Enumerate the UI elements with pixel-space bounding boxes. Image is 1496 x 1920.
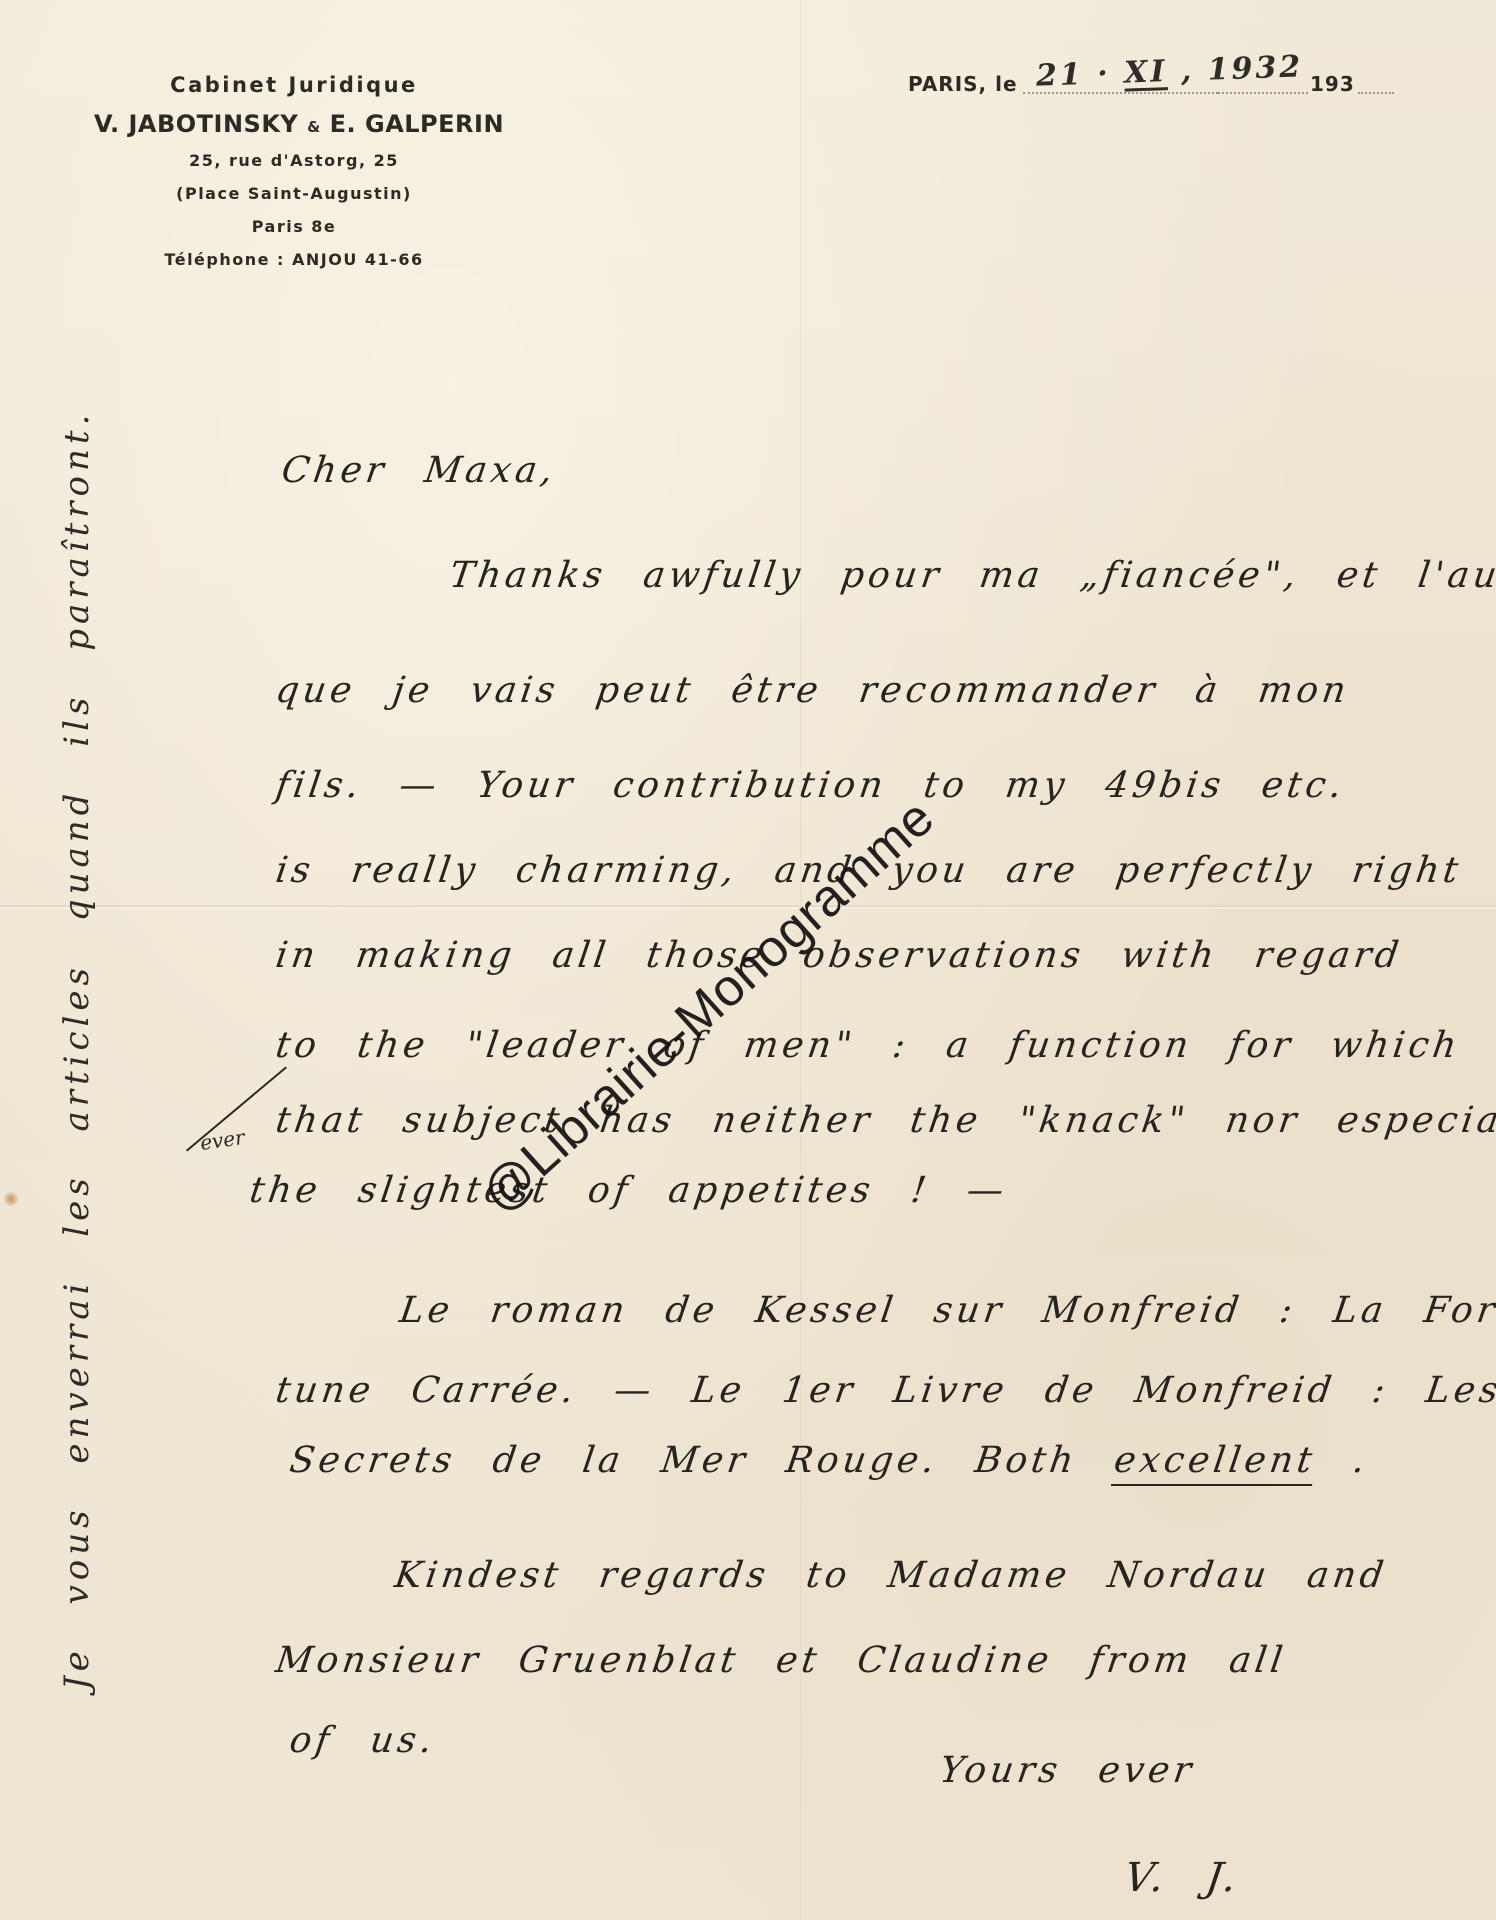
letter-line-11: Secrets de la Mer Rouge. Both excellent … — [287, 1440, 1371, 1481]
salutation: Cher Maxa, — [279, 450, 559, 491]
letter-line-13: Monsieur Gruenblat et Claudine from all — [273, 1640, 1289, 1681]
letter-line-14: of us. — [287, 1720, 438, 1761]
letter-line-3: fils. — Your contribution to my 49bis et… — [273, 765, 1348, 806]
letter-line-9: Le roman de Kessel sur Monfreid : La For… — [397, 1290, 1496, 1331]
letter-line-10: tune Carrée. — Le 1er Livre de Monfreid … — [273, 1370, 1496, 1411]
printed-year-prefix: 193 — [1310, 72, 1355, 96]
date-day: 21 · — [1035, 56, 1111, 94]
letter-line-1: Thanks awfully pour ma „fiancée", et l'a… — [447, 555, 1496, 596]
margin-note-vertical: Je vous enverrai les articles quand ils … — [57, 410, 97, 1690]
letter-line-2: que je vais peut être recommander à mon — [273, 670, 1352, 711]
letter-line-8: the slightest of appetites ! — — [247, 1170, 1010, 1211]
both-word: Both — [972, 1440, 1080, 1481]
letterhead-city: Paris 8e — [94, 210, 494, 243]
ampersand: & — [307, 118, 321, 136]
letter-line-12: Kindest regards to Madame Nordau and — [392, 1555, 1390, 1596]
paper-stain — [4, 1192, 18, 1206]
excellent-underlined: excellent — [1112, 1440, 1319, 1481]
line-11-text: Secrets de la Mer Rouge. — [287, 1440, 941, 1481]
period: . — [1350, 1440, 1371, 1481]
handwritten-date: 21 · XI , 1932 — [1035, 49, 1303, 93]
dotted-rule — [1218, 92, 1308, 94]
dotted-rule — [1358, 92, 1394, 94]
partner-1: V. JABOTINSKY — [94, 110, 298, 138]
partner-2: E. GALPERIN — [330, 110, 504, 138]
letterhead-partners: V. JABOTINSKY & E. GALPERIN — [94, 104, 494, 144]
insertion-ever: ever — [199, 1125, 246, 1155]
dateline-city: PARIS, le — [908, 72, 1018, 96]
letterhead-phone: Téléphone : ANJOU 41-66 — [94, 243, 494, 276]
letter-line-6: to the "leader of men" : a function for … — [273, 1025, 1463, 1066]
dateline: PARIS, le 21 · XI , 1932 193 — [908, 64, 1388, 100]
closing: Yours ever — [937, 1750, 1198, 1791]
letter-line-5: in making all those observations with re… — [273, 935, 1405, 976]
letterhead-title: Cabinet Juridique — [94, 66, 494, 104]
letterhead: Cabinet Juridique V. JABOTINSKY & E. GAL… — [94, 66, 494, 276]
date-year: , 1932 — [1180, 49, 1304, 88]
date-month: XI — [1124, 54, 1169, 90]
letterhead-address: 25, rue d'Astorg, 25 — [94, 144, 494, 177]
signature: V. J. — [1122, 1855, 1243, 1901]
letter-line-7: that subject has neither the "knack" nor… — [273, 1100, 1496, 1141]
paper-fold-horizontal — [0, 905, 1496, 909]
letterhead-place: (Place Saint-Augustin) — [94, 177, 494, 210]
